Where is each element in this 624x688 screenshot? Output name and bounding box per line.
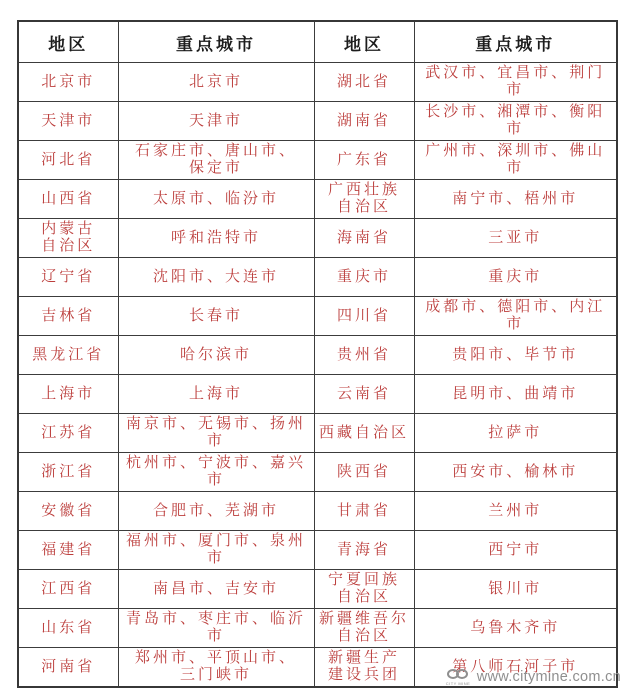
region-cell-right: 广东省 — [314, 141, 414, 180]
region-cell-right: 西藏自治区 — [314, 414, 414, 453]
region-cell-left: 黑龙江省 — [18, 336, 118, 375]
table-row: 河北省石家庄市、唐山市、 保定市广东省广州市、深圳市、佛山市 — [18, 141, 617, 180]
region-cell-left: 上海市 — [18, 375, 118, 414]
cities-cell-left: 哈尔滨市 — [118, 336, 314, 375]
cities-cell-right: 昆明市、曲靖市 — [414, 375, 617, 414]
header-cities-right: 重点城市 — [414, 21, 617, 63]
region-cell-right: 甘肃省 — [314, 492, 414, 531]
region-cell-right: 四川省 — [314, 297, 414, 336]
region-cell-right: 贵州省 — [314, 336, 414, 375]
cities-cell-left: 长春市 — [118, 297, 314, 336]
cities-cell-left: 南昌市、吉安市 — [118, 570, 314, 609]
cities-cell-right: 三亚市 — [414, 219, 617, 258]
region-cell-left: 河北省 — [18, 141, 118, 180]
cities-cell-left: 天津市 — [118, 102, 314, 141]
table-row: 上海市上海市云南省昆明市、曲靖市 — [18, 375, 617, 414]
cities-cell-left: 杭州市、宁波市、嘉兴市 — [118, 453, 314, 492]
region-cell-right: 湖南省 — [314, 102, 414, 141]
cities-cell-left: 沈阳市、大连市 — [118, 258, 314, 297]
region-cell-right: 新疆维吾尔 自治区 — [314, 609, 414, 648]
cities-cell-left: 青岛市、枣庄市、临沂市 — [118, 609, 314, 648]
logo-ring-icon — [456, 669, 468, 679]
table-row: 内蒙古 自治区呼和浩特市海南省三亚市 — [18, 219, 617, 258]
region-cell-right: 宁夏回族 自治区 — [314, 570, 414, 609]
region-cell-left: 山西省 — [18, 180, 118, 219]
cities-cell-left: 呼和浩特市 — [118, 219, 314, 258]
table-row: 吉林省长春市四川省成都市、德阳市、内江市 — [18, 297, 617, 336]
table-body: 北京市北京市湖北省武汉市、宜昌市、荆门市天津市天津市湖南省长沙市、湘潭市、衡阳市… — [18, 63, 617, 688]
table-row: 浙江省杭州市、宁波市、嘉兴市陕西省西安市、榆林市 — [18, 453, 617, 492]
logo-caption: CITY MINE — [446, 681, 471, 686]
region-cell-left: 北京市 — [18, 63, 118, 102]
header-region-left: 地区 — [18, 21, 118, 63]
region-cell-left: 安徽省 — [18, 492, 118, 531]
cities-cell-right: 西安市、榆林市 — [414, 453, 617, 492]
region-cell-left: 江西省 — [18, 570, 118, 609]
table-row: 福建省福州市、厦门市、泉州市青海省西宁市 — [18, 531, 617, 570]
region-cell-left: 天津市 — [18, 102, 118, 141]
table-row: 安徽省合肥市、芜湖市甘肃省兰州市 — [18, 492, 617, 531]
region-cell-left: 福建省 — [18, 531, 118, 570]
cities-cell-left: 福州市、厦门市、泉州市 — [118, 531, 314, 570]
table-row: 天津市天津市湖南省长沙市、湘潭市、衡阳市 — [18, 102, 617, 141]
cities-cell-right: 拉萨市 — [414, 414, 617, 453]
cities-cell-left: 北京市 — [118, 63, 314, 102]
cities-cell-left: 南京市、无锡市、扬州市 — [118, 414, 314, 453]
region-cell-left: 江苏省 — [18, 414, 118, 453]
cities-cell-left: 郑州市、平顶山市、 三门峡市 — [118, 648, 314, 688]
table-row: 黑龙江省哈尔滨市贵州省贵阳市、毕节市 — [18, 336, 617, 375]
cities-cell-right: 长沙市、湘潭市、衡阳市 — [414, 102, 617, 141]
header-row: 地区 重点城市 地区 重点城市 — [18, 21, 617, 63]
cities-cell-right: 西宁市 — [414, 531, 617, 570]
watermark: CITY MINE www.citymine.com.cn — [444, 668, 621, 686]
region-cell-left: 内蒙古 自治区 — [18, 219, 118, 258]
citymine-logo-icon: CITY MINE — [444, 668, 472, 686]
table-row: 北京市北京市湖北省武汉市、宜昌市、荆门市 — [18, 63, 617, 102]
key-cities-table: 地区 重点城市 地区 重点城市 北京市北京市湖北省武汉市、宜昌市、荆门市天津市天… — [17, 20, 618, 688]
cities-cell-right: 贵阳市、毕节市 — [414, 336, 617, 375]
region-cell-left: 山东省 — [18, 609, 118, 648]
cities-cell-right: 兰州市 — [414, 492, 617, 531]
table-row: 山西省太原市、临汾市广西壮族 自治区南宁市、梧州市 — [18, 180, 617, 219]
region-cell-right: 海南省 — [314, 219, 414, 258]
region-cell-left: 河南省 — [18, 648, 118, 688]
cities-cell-right: 武汉市、宜昌市、荆门市 — [414, 63, 617, 102]
region-cell-right: 青海省 — [314, 531, 414, 570]
cities-cell-left: 合肥市、芜湖市 — [118, 492, 314, 531]
region-cell-right: 广西壮族 自治区 — [314, 180, 414, 219]
cities-cell-left: 上海市 — [118, 375, 314, 414]
table-row: 辽宁省沈阳市、大连市重庆市重庆市 — [18, 258, 617, 297]
cities-cell-right: 银川市 — [414, 570, 617, 609]
region-cell-right: 湖北省 — [314, 63, 414, 102]
cities-cell-right: 广州市、深圳市、佛山市 — [414, 141, 617, 180]
table-row: 江苏省南京市、无锡市、扬州市西藏自治区拉萨市 — [18, 414, 617, 453]
region-cell-right: 新疆生产 建设兵团 — [314, 648, 414, 688]
region-cell-right: 重庆市 — [314, 258, 414, 297]
region-cell-left: 辽宁省 — [18, 258, 118, 297]
header-cities-left: 重点城市 — [118, 21, 314, 63]
cities-cell-left: 太原市、临汾市 — [118, 180, 314, 219]
table-row: 江西省南昌市、吉安市宁夏回族 自治区银川市 — [18, 570, 617, 609]
cities-cell-right: 乌鲁木齐市 — [414, 609, 617, 648]
header-region-right: 地区 — [314, 21, 414, 63]
table-row: 山东省青岛市、枣庄市、临沂市新疆维吾尔 自治区乌鲁木齐市 — [18, 609, 617, 648]
watermark-url: www.citymine.com.cn — [477, 669, 621, 685]
cities-cell-left: 石家庄市、唐山市、 保定市 — [118, 141, 314, 180]
region-cell-left: 浙江省 — [18, 453, 118, 492]
cities-cell-right: 重庆市 — [414, 258, 617, 297]
region-cell-right: 云南省 — [314, 375, 414, 414]
region-cell-left: 吉林省 — [18, 297, 118, 336]
region-cell-right: 陕西省 — [314, 453, 414, 492]
cities-cell-right: 成都市、德阳市、内江市 — [414, 297, 617, 336]
cities-cell-right: 南宁市、梧州市 — [414, 180, 617, 219]
